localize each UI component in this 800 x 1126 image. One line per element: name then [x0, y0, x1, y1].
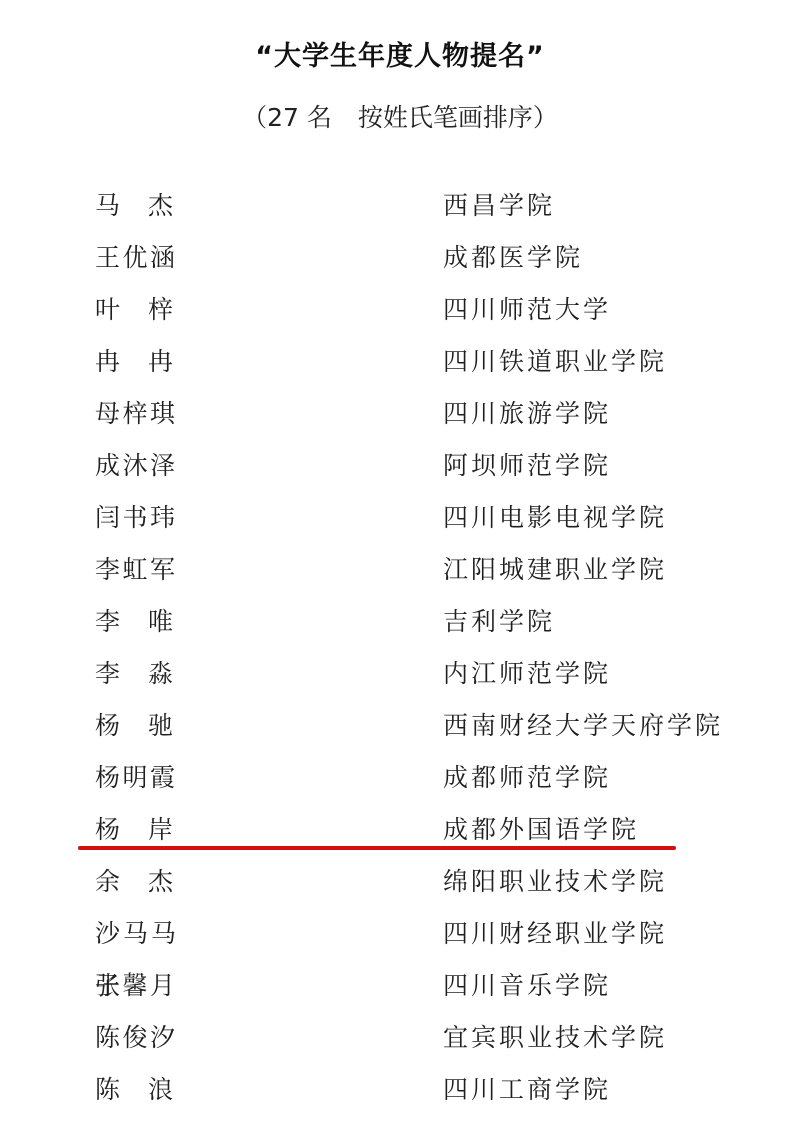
nominee-name: 李唯: [95, 596, 175, 648]
nominee-name: 余杰: [95, 856, 175, 908]
nominee-name: 杨驰: [95, 700, 175, 752]
nominee-name: 杨明霞: [95, 752, 177, 804]
subtitle-order: 按姓氏笔画排序）: [358, 103, 558, 132]
subtitle-count: （27 名: [242, 103, 332, 132]
list-item: 李淼内江师范学院: [0, 648, 800, 700]
nominee-name: 母梓琪: [95, 388, 177, 440]
nominee-name: 冉冉: [95, 336, 175, 388]
list-item: 李唯吉利学院: [0, 596, 800, 648]
list-item: 母梓琪四川旅游学院: [0, 388, 800, 440]
nominee-school: 成都师范学院: [443, 752, 611, 804]
nominee-name: 李淼: [95, 648, 175, 700]
nominee-name: 张馨月: [95, 960, 177, 1012]
list-item: 杨驰西南财经大学天府学院: [0, 700, 800, 752]
nominee-school: 内江师范学院: [443, 648, 611, 700]
nominee-school: 西南财经大学天府学院: [443, 700, 723, 752]
nominee-name: 李虹军: [95, 544, 177, 596]
nominee-name: 马杰: [95, 180, 175, 232]
nominee-name: 王优涵: [95, 232, 177, 284]
nominee-school: 阿坝师范学院: [443, 440, 611, 492]
list-item: 成沐泽阿坝师范学院: [0, 440, 800, 492]
nominee-name: 陈浪: [95, 1064, 175, 1116]
nominee-school: 四川音乐学院: [443, 960, 611, 1012]
list-item: 闫书玮四川电影电视学院: [0, 492, 800, 544]
list-item: 陈浪四川工商学院: [0, 1064, 800, 1116]
list-item: 叶梓四川师范大学: [0, 284, 800, 336]
list-item: 陈俊汐宜宾职业技术学院: [0, 1012, 800, 1064]
nominee-school: 宜宾职业技术学院: [443, 1012, 667, 1064]
list-item: 余杰绵阳职业技术学院: [0, 856, 800, 908]
list-item: 沙马马子四川财经职业学院: [0, 908, 800, 960]
list-item: 冉冉四川铁道职业学院: [0, 336, 800, 388]
nominee-school: 成都医学院: [443, 232, 583, 284]
nominee-school: 四川铁道职业学院: [443, 336, 667, 388]
nominee-name: 成沐泽: [95, 440, 177, 492]
nominee-school: 四川旅游学院: [443, 388, 611, 440]
nominee-school: 四川电影电视学院: [443, 492, 667, 544]
nominee-school: 绵阳职业技术学院: [443, 856, 667, 908]
document-title: “大学生年度人物提名”: [0, 34, 800, 73]
red-underline-highlight: [78, 846, 676, 850]
list-item: 马杰西昌学院: [0, 180, 800, 232]
nominee-school: 江阳城建职业学院: [443, 544, 667, 596]
nominee-school: 吉利学院: [443, 596, 555, 648]
list-item: 杨明霞成都师范学院: [0, 752, 800, 804]
document-subtitle: （27 名按姓氏笔画排序）: [0, 98, 800, 134]
nominee-name: 叶梓: [95, 284, 175, 336]
list-item: 张馨月四川音乐学院: [0, 960, 800, 1012]
list-item: 王优涵成都医学院: [0, 232, 800, 284]
nominee-name: 陈俊汐: [95, 1012, 177, 1064]
nominee-school: 四川工商学院: [443, 1064, 611, 1116]
nominee-school: 四川财经职业学院: [443, 908, 667, 960]
nominee-school: 四川师范大学: [443, 284, 611, 336]
nominee-name: 闫书玮: [95, 492, 177, 544]
nominee-school: 西昌学院: [443, 180, 555, 232]
list-item: 李虹军江阳城建职业学院: [0, 544, 800, 596]
